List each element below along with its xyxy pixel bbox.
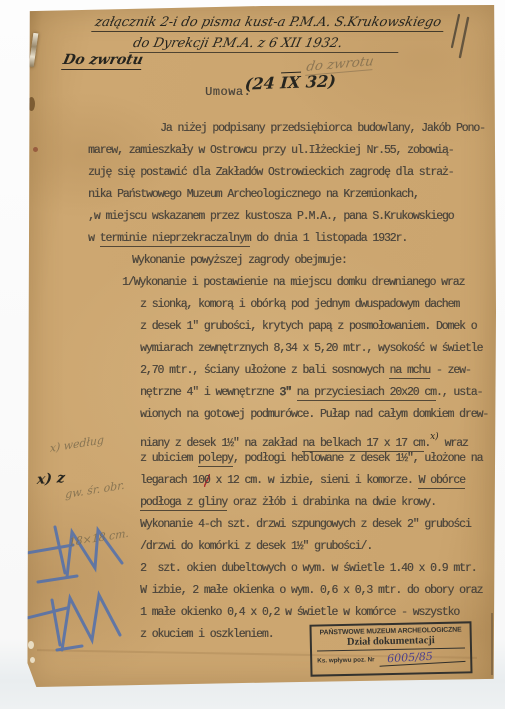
- typed-line: W izbie, 2 małe okienka o wym. 0,6 x 0,3…: [88, 580, 490, 602]
- text-segment: W izbie, 2 małe okienka o wym. 0,6 x 0,3…: [140, 584, 482, 597]
- typed-line: podłoga z gliny oraz żłób i drabinka na …: [88, 492, 490, 514]
- typed-line: 2,70 mtr., ściany ułożone z bali sosnowy…: [88, 360, 490, 382]
- text-segment: /drzwi do komórki z desek 1½" grubości/.: [140, 540, 372, 553]
- text-segment: x): [430, 432, 439, 442]
- typed-line: niany z desek 1½" na zakład na belkach 1…: [88, 426, 490, 448]
- document-paper: załącznik 2-i do pisma kust-a P.M.A. S.K…: [27, 5, 496, 687]
- typed-line: nika Państwowego Muzeum Archeologicznego…: [88, 184, 490, 206]
- handwritten-do-zwrotu-ink: Do zwrotu: [61, 52, 145, 70]
- text-segment: 1 małe okienko 0,4 x 0,2 w świetle w kom…: [140, 606, 459, 619]
- typed-line: 2 szt. okien dubeltowych o wym. w świetl…: [88, 558, 490, 580]
- pencil-edge-mark: [491, 613, 493, 675]
- margin-ink-note: x) z: [36, 470, 65, 488]
- typed-line: 1 małe okienko 0,4 x 0,2 w świetle w kom…: [88, 602, 490, 624]
- typed-line: z ubiciem polepy, podłogi heblowane z de…: [88, 448, 490, 470]
- text-segment: 0: [204, 474, 210, 487]
- typed-line: marew, zamieszkały w Ostrowcu przy ul.Ił…: [88, 140, 490, 162]
- typed-line: wionych na gotowej podmurówce. Pułap nad…: [88, 404, 490, 426]
- text-segment: 2,70 mtr., ściany ułożone z bali sosnowy…: [140, 364, 389, 377]
- typed-line: wymiarach zewnętrznych 8,34 x 5,20 mtr.,…: [88, 338, 490, 360]
- text-segment: x 12 cm. w izbie, sieni i komorze.: [210, 474, 419, 487]
- handwritten-filing-note-line2: do Dyrekcji P.M.A. z 6 XII 1932.: [129, 36, 402, 53]
- typed-line: Ja niżej podpisany przedsiębiorca budowl…: [88, 118, 490, 140]
- text-segment: nętrzne 4" i wewnętrzne: [140, 386, 279, 399]
- text-segment: Wykonanie powyższej zagrody obejmuje:: [132, 254, 347, 267]
- text-segment: z sionką, komorą i obórką pod jednym dwu…: [140, 298, 459, 311]
- date-roman-numeral: IX: [280, 73, 301, 93]
- paper-damage-spot: [28, 641, 34, 649]
- date-close: 32): [300, 71, 337, 91]
- text-segment: na przyciesiach 20x20 cm: [297, 386, 436, 401]
- stamp-registry-field: Ks. wpływu poz. Nr 6005/85: [317, 650, 465, 666]
- typed-line: zuję się postawić dla Zakładów Ostrowiec…: [88, 162, 490, 184]
- text-segment: - zew-: [430, 364, 471, 377]
- text-segment: w: [88, 232, 100, 245]
- text-segment: ., usta-: [436, 386, 482, 399]
- typed-line: 1/Wykonanie i postawienie na miejscu dom…: [88, 272, 490, 294]
- typed-line: z desek 1" grubości, krytych papą z posm…: [88, 316, 490, 338]
- handwritten-date-note: (24 IX 32): [244, 71, 336, 93]
- text-segment: W obórce: [418, 474, 464, 489]
- text-segment: wymiarach zewnętrznych 8,34 x 5,20 mtr.,…: [140, 342, 482, 355]
- text-segment: 3": [279, 386, 291, 399]
- paper-damage-spot: [30, 657, 35, 663]
- text-segment: wionych na gotowej podmurówce. Pułap nad…: [140, 408, 488, 421]
- stain: [28, 97, 35, 111]
- handwritten-filing-note-line1: załącznik 2-i do pisma kust-a P.M.A. S.K…: [91, 15, 446, 32]
- text-segment: marew, zamieszkały w Ostrowcu przy ul.Ił…: [88, 144, 453, 157]
- text-segment: na mchu: [389, 364, 430, 379]
- text-segment: [291, 386, 297, 399]
- stain: [33, 147, 38, 152]
- stamp-field-value: 6005/85: [379, 649, 465, 667]
- typed-line: /drzwi do komórki z desek 1½" grubości/.: [88, 536, 490, 558]
- typed-line: ,w miejscu wskazanem przez kustosza P.M.…: [88, 206, 490, 228]
- text-segment: zuję się postawić dla Zakładów Ostrowiec…: [88, 166, 453, 179]
- text-segment: z okuciem i oszkleniem.: [140, 628, 273, 641]
- text-segment: ,w miejscu wskazanem przez kustosza P.M.…: [88, 210, 453, 223]
- text-segment: polepy: [198, 452, 233, 467]
- text-segment: 1/Wykonanie i postawienie na miejscu dom…: [122, 276, 464, 289]
- text-segment: z ubiciem: [140, 452, 198, 465]
- scan-background: załącznik 2-i do pisma kust-a P.M.A. S.K…: [0, 0, 505, 709]
- text-segment: z desek 1" grubości, krytych papą z posm…: [140, 320, 476, 333]
- text-segment: nika Państwowego Muzeum Archeologicznego…: [88, 188, 419, 201]
- text-segment: legarach 10: [140, 474, 204, 487]
- text-segment: oraz żłób i drabinka na dwie krowy.: [227, 496, 436, 509]
- text-segment: Ja niżej podpisany przedsiębiorca budowl…: [160, 122, 485, 135]
- margin-pencil-line3: 18×18 cm.: [65, 525, 132, 552]
- typed-body: Ja niżej podpisany przedsiębiorca budowl…: [88, 118, 490, 646]
- typed-line: Wykonanie powyższej zagrody obejmuje:: [88, 250, 490, 272]
- text-segment: do dnia 1 listopada 1932r.: [250, 232, 407, 245]
- typed-line: Wykonanie 4-ch szt. drzwi szpungowych z …: [88, 514, 490, 536]
- text-segment: 2 szt. okien dubeltowych o wym. w świetl…: [140, 562, 476, 575]
- text-segment: podłoga z gliny: [140, 496, 227, 511]
- text-segment: Wykonanie 4-ch szt. drzwi szpungowych z …: [140, 518, 471, 531]
- text-segment: , podłogi heblowane z desek 1½", ułożone…: [233, 452, 482, 465]
- margin-pencil-line2: gw. śr. obr.: [57, 478, 124, 505]
- typed-line: w terminie nieprzekraczalnym do dnia 1 l…: [88, 228, 490, 250]
- stamp-field-label: Ks. wpływu poz. Nr: [317, 656, 375, 666]
- text-segment: terminie nieprzekraczalnym: [100, 232, 251, 247]
- margin-pencil-line1: x) według: [50, 430, 117, 457]
- typed-line: z sionką, komorą i obórką pod jednym dwu…: [88, 294, 490, 316]
- typed-line: nętrzne 4" i wewnętrzne 3" na przyciesia…: [88, 382, 490, 404]
- stamp-department: Dział dokumentacji: [317, 634, 465, 648]
- typed-line: legarach 100 x 12 cm. w izbie, sieni i k…: [88, 470, 490, 492]
- date-open: (24: [244, 73, 281, 93]
- museum-stamp: PAŃSTWOWE MUZEUM ARCHEOLOGICZNE Dział do…: [309, 621, 472, 676]
- staple: [29, 33, 39, 67]
